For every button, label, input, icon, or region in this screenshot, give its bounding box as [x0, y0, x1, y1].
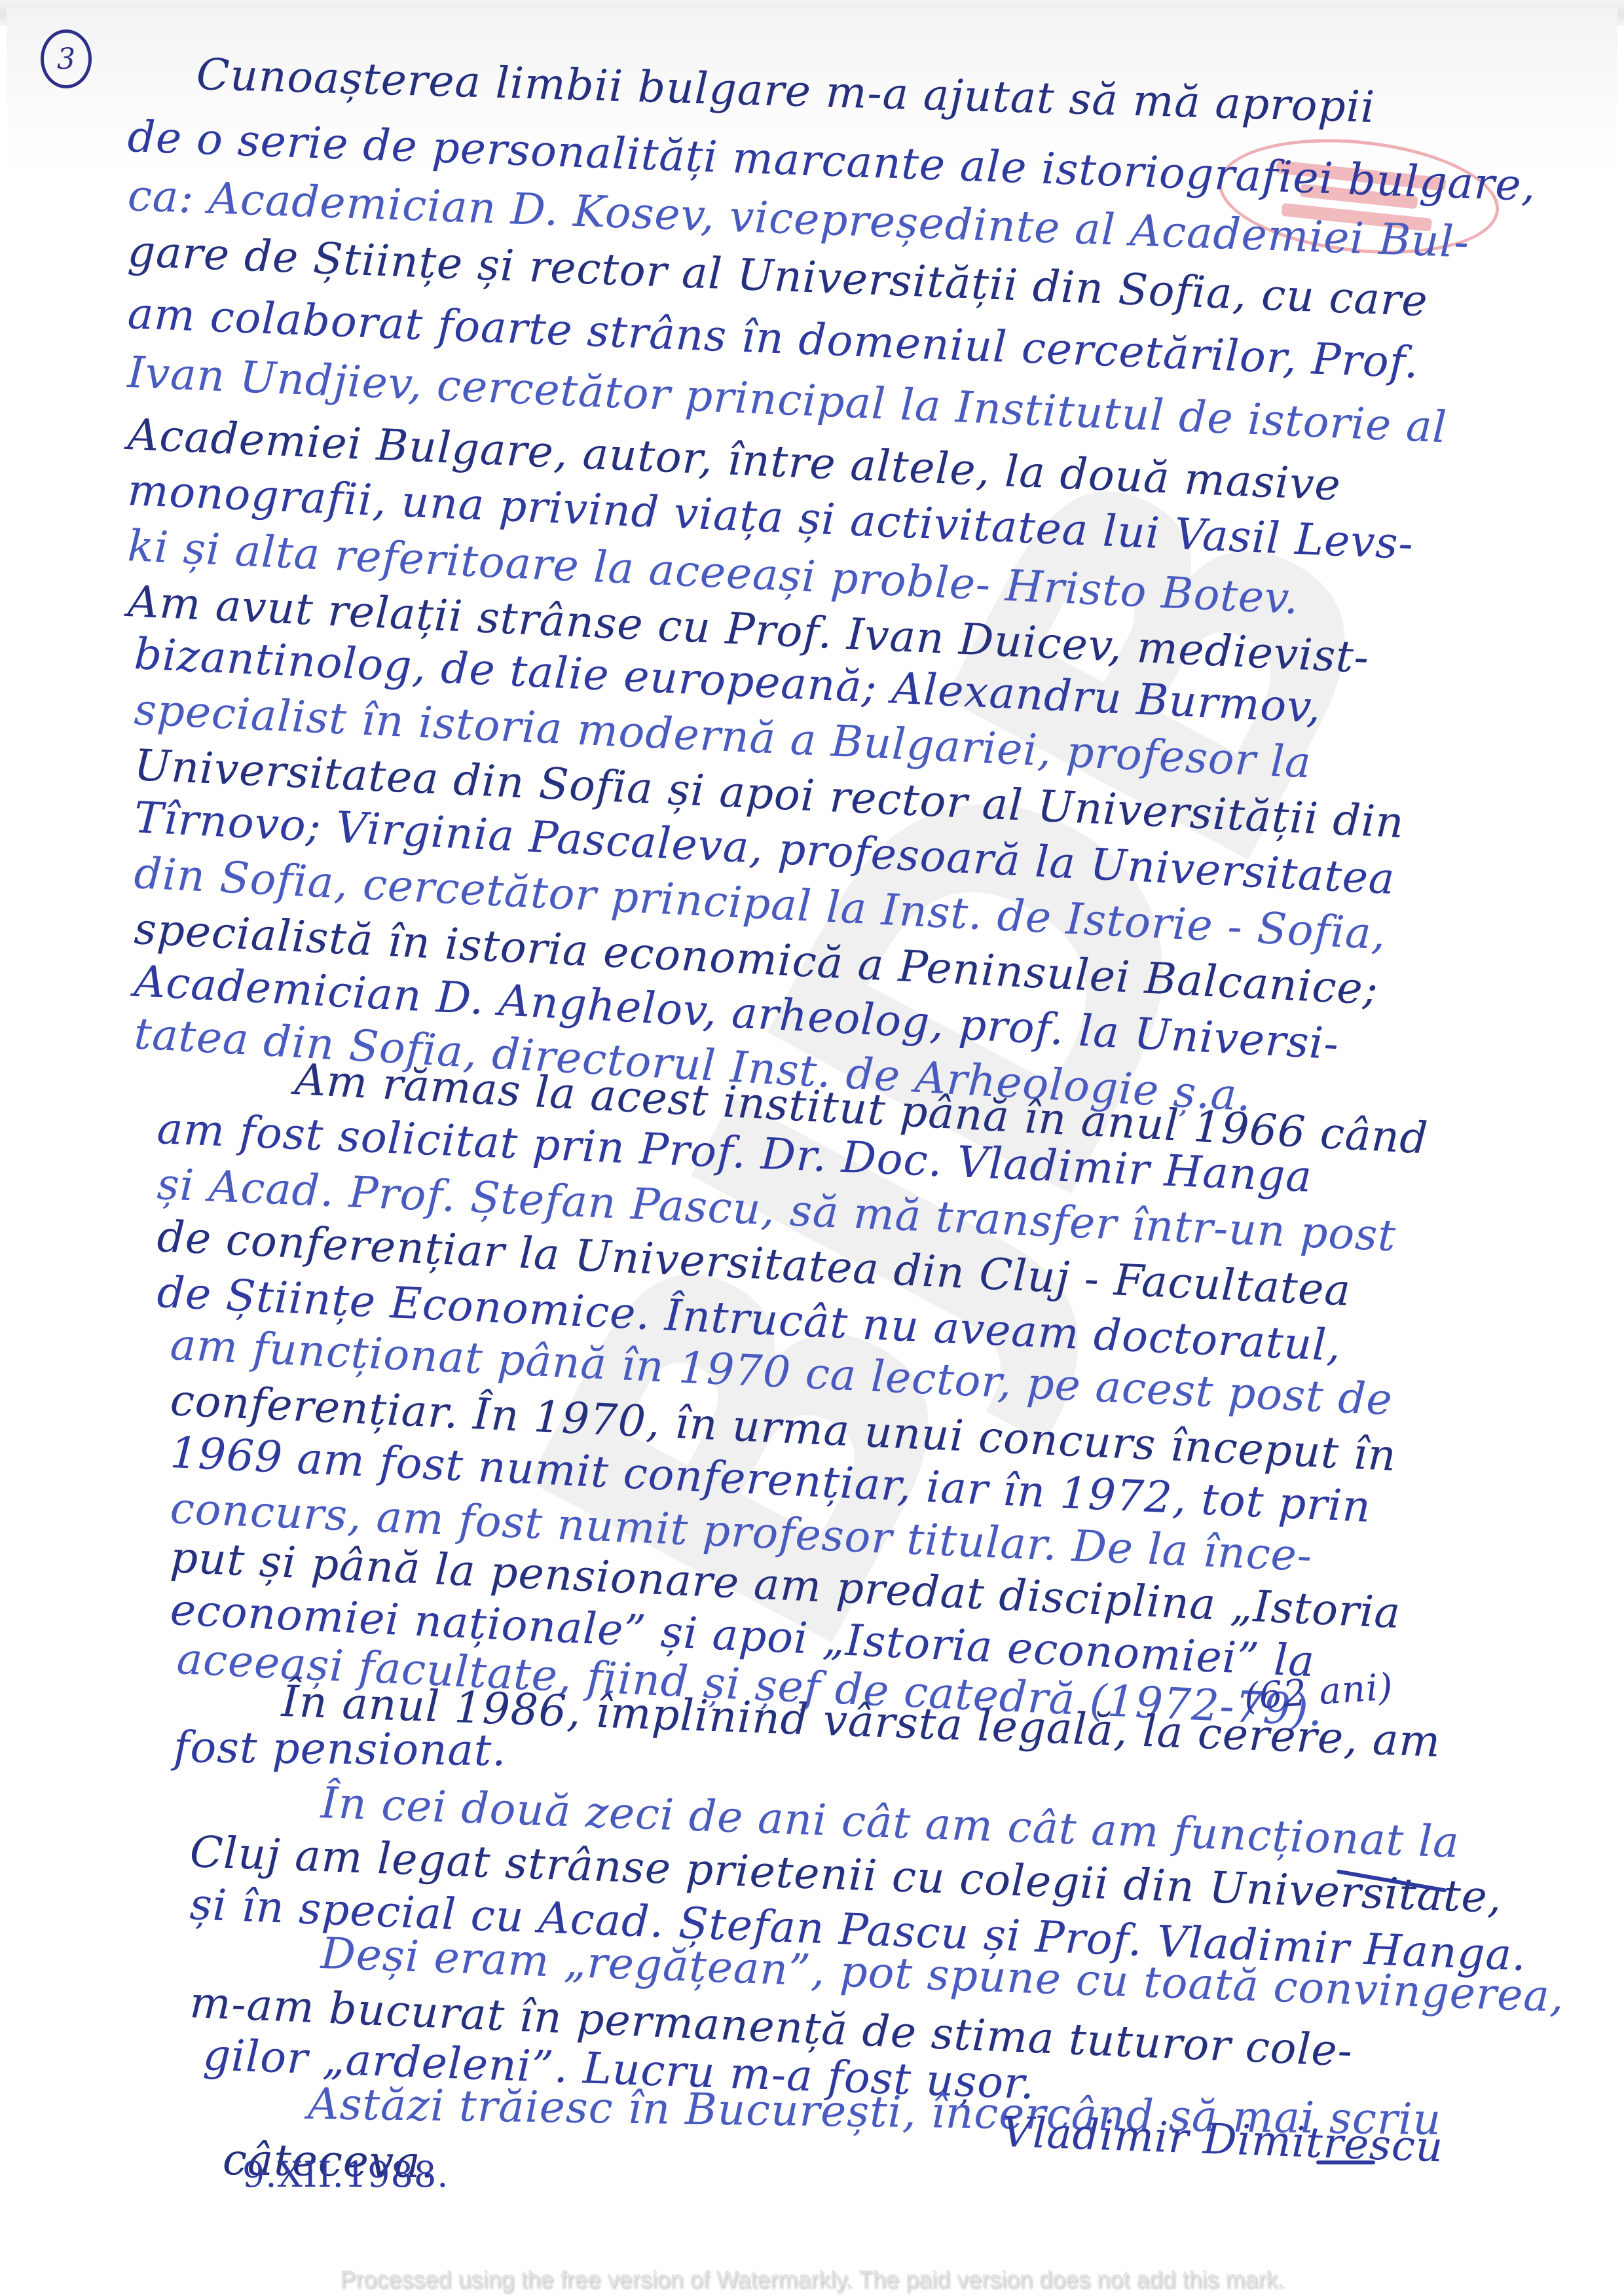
date: 9.XII.1988.: [242, 2154, 449, 2195]
signature-flourish: [1316, 2160, 1375, 2164]
page-number: 3: [41, 29, 92, 88]
text-line: fost pensionat.: [174, 1722, 507, 1776]
footer-watermark: Processed using the free version of Wate…: [0, 2265, 1624, 2293]
